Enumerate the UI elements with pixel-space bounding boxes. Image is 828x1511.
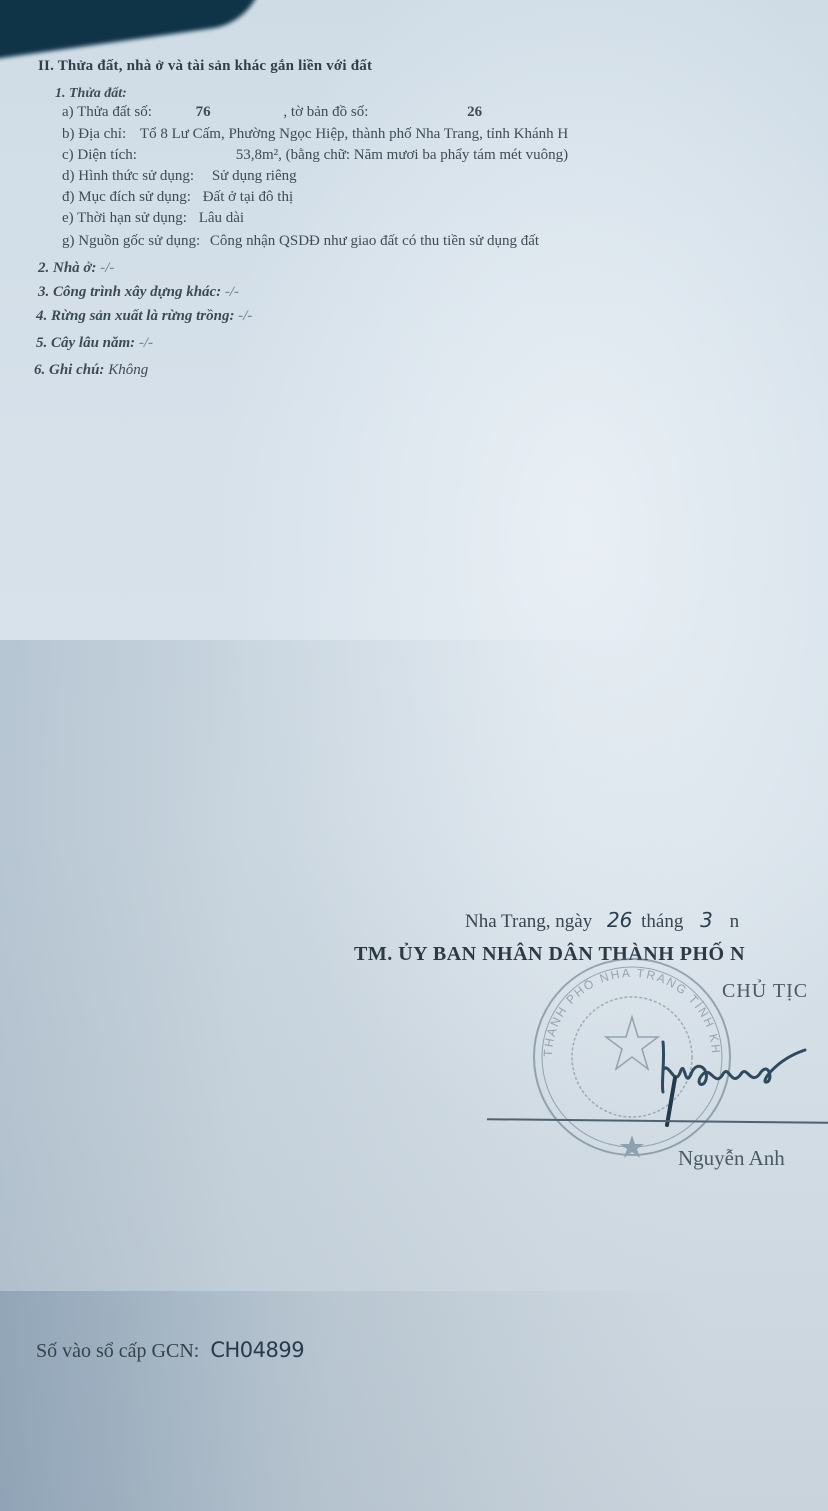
item-value: Không	[108, 362, 148, 378]
parcel-label: a) Thửa đất số:	[62, 104, 152, 120]
item-label: 2. Nhà ở:	[38, 260, 96, 276]
signer-title: CHỦ TỊC	[722, 980, 808, 1003]
parcel-number: 76	[196, 104, 256, 121]
place-date: Nha Trang, ngày 26 tháng 3 n	[465, 908, 739, 933]
map-sheet-number: 26	[467, 104, 482, 120]
map-sheet-label: , tờ bản đồ số:	[283, 104, 463, 121]
purpose-label: đ) Mục đích sử dụng:	[62, 189, 191, 205]
item-house: 2. Nhà ở: -/-	[38, 260, 114, 277]
item-value: -/-	[100, 260, 114, 276]
origin-value: Công nhận QSDĐ như giao đất có thu tiền …	[210, 233, 539, 249]
land-subheading: 1. Thửa đất:	[55, 86, 127, 102]
purpose-value: Đất ở tại đô thị	[203, 189, 293, 205]
signature-icon	[655, 1030, 815, 1130]
address-label: b) Địa chỉ:	[62, 126, 126, 142]
usage-form-value: Sử dụng riêng	[212, 168, 297, 184]
origin-row: g) Nguồn gốc sử dụng: Công nhận QSDĐ như…	[62, 233, 539, 250]
origin-label: g) Nguồn gốc sử dụng:	[62, 233, 200, 249]
day-value: 26	[607, 908, 632, 932]
term-value: Lâu dài	[199, 210, 244, 226]
item-label: 3. Công trình xây dựng khác:	[38, 284, 221, 300]
address-row: b) Địa chỉ: Tổ 8 Lư Cấm, Phường Ngọc Hiệ…	[62, 126, 568, 143]
registry-row: Số vào sổ cấp GCN: CH04899	[36, 1338, 304, 1363]
address-value: Tổ 8 Lư Cấm, Phường Ngọc Hiệp, thành phố…	[140, 126, 568, 142]
item-value: -/-	[238, 308, 252, 324]
signer-name: Nguyễn Anh	[678, 1146, 785, 1171]
item-label: 5. Cây lâu năm:	[36, 335, 135, 351]
item-value: -/-	[139, 335, 153, 351]
area-label: c) Diện tích:	[62, 147, 232, 164]
registry-label: Số vào sổ cấp GCN:	[36, 1340, 199, 1362]
term-row: e) Thời hạn sử dụng: Lâu dài	[62, 210, 244, 227]
area-row: c) Diện tích: 53,8m², (bằng chữ: Năm mươ…	[62, 147, 568, 164]
registry-value: CH04899	[210, 1338, 304, 1362]
usage-form-row: d) Hình thức sử dụng: Sử dụng riêng	[62, 168, 297, 185]
item-value: -/-	[225, 284, 239, 300]
month-value: 3	[700, 908, 713, 932]
year-prefix: n	[730, 911, 740, 932]
item-label: 6. Ghi chú:	[34, 362, 104, 378]
parcel-row: a) Thửa đất số: 76 , tờ bản đồ số: 26	[62, 104, 482, 121]
section-heading: II. Thửa đất, nhà ở và tài sản khác gắn …	[38, 58, 372, 75]
usage-form-label: d) Hình thức sử dụng:	[62, 168, 194, 184]
item-notes: 6. Ghi chú: Không	[34, 362, 148, 379]
item-perennial-trees: 5. Cây lâu năm: -/-	[36, 335, 153, 352]
item-planted-forest: 4. Rừng sản xuất là rừng trồng: -/-	[36, 308, 252, 325]
place-date-prefix: Nha Trang, ngày	[465, 911, 592, 932]
item-other-construction: 3. Công trình xây dựng khác: -/-	[38, 284, 239, 301]
purpose-row: đ) Mục đích sử dụng: Đất ở tại đô thị	[62, 189, 293, 206]
area-value: 53,8m², (bằng chữ: Năm mươi ba phẩy tám …	[236, 147, 568, 163]
item-label: 4. Rừng sản xuất là rừng trồng:	[36, 308, 234, 324]
month-label: tháng	[641, 911, 683, 932]
term-label: e) Thời hạn sử dụng:	[62, 210, 187, 226]
